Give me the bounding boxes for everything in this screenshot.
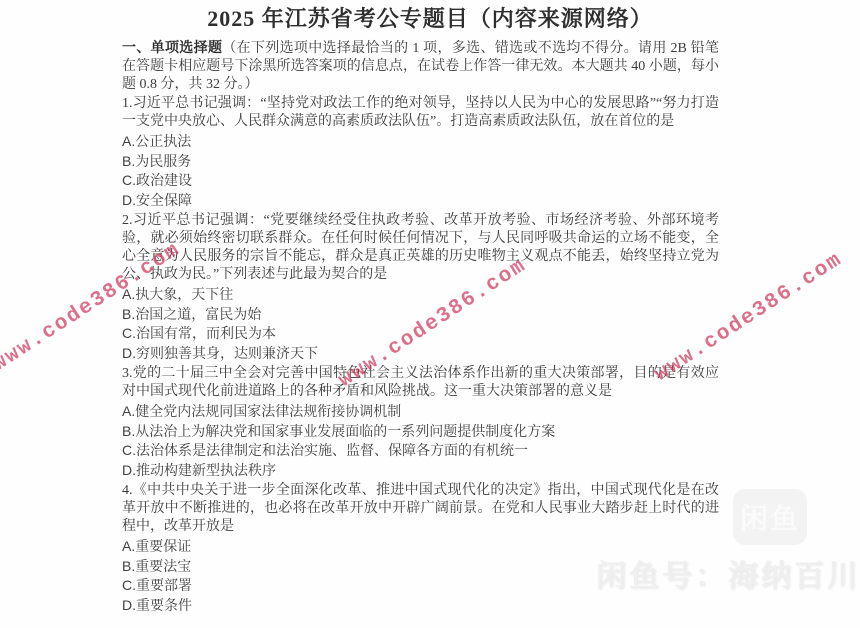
question-2-options: A.执大象，天下往 B.治国之道，富民为始 C.治国有常，而利民为本 D.穷则独… (122, 285, 719, 363)
question-4-option-a: A.重要保证 (122, 537, 719, 557)
question-1-option-d: D.安全保障 (122, 191, 719, 211)
xianyu-logo-badge: 闲鱼 (733, 489, 807, 545)
question-3-option-c: C.法治体系是法律制定和法治实施、监督、保障各方面的有机统一 (122, 441, 719, 461)
question-4-text: 4.《中共中央关于进一步全面深化改革、推进中国式现代化的决定》指出，中国式现代化… (122, 482, 719, 536)
question-1-number: 1. (122, 96, 133, 111)
question-3-option-a: A.健全党内法规同国家法律法规衔接协调机制 (122, 402, 719, 422)
document-title: 2025 年江苏省考公专题目（内容来源网络） (0, 2, 860, 33)
question-3-option-d: D.推动构建新型执法秩序 (122, 461, 719, 481)
section-heading: 一、单项选择题 (122, 41, 222, 56)
document-body: 一、单项选择题（在下列选项中选择最恰当的 1 项，多选、错选或不选均不得分。请用… (122, 40, 719, 617)
question-3-options: A.健全党内法规同国家法律法规衔接协调机制 B.从法治上为解决党和国家事业发展面… (122, 402, 719, 480)
question-2-option-d: D.穷则独善其身，达则兼济天下 (122, 344, 719, 364)
question-4-options: A.重要保证 B.重要法宝 C.重要部署 D.重要条件 (122, 537, 719, 615)
question-4-option-c: C.重要部署 (122, 576, 719, 596)
question-4-number: 4. (122, 483, 133, 498)
xianyu-logo-text: 闲鱼 (740, 497, 800, 537)
question-1-option-c: C.政治建设 (122, 171, 719, 191)
scanned-exam-page: 闲鱼 闲鱼号：海纳百川 2025 年江苏省考公专题目（内容来源网络） 一、单项选… (0, 0, 860, 628)
question-3-option-b: B.从法治上为解决党和国家事业发展面临的一系列问题提供制度化方案 (122, 422, 719, 442)
question-1-text: 1.习近平总书记强调：“坚持党对政法工作的绝对领导，坚持以人民为中心的发展思路”… (122, 95, 719, 131)
question-2-number: 2. (122, 213, 133, 228)
question-3-number: 3. (122, 366, 133, 381)
question-3-text: 3.党的二十届三中全会对完善中国特色社会主义法治体系作出新的重大决策部署，目的是… (122, 365, 719, 401)
question-4-option-b: B.重要法宝 (122, 557, 719, 577)
question-1-option-a: A.公正执法 (122, 132, 719, 152)
question-2-text: 2.习近平总书记强调：“党要继续经受住执政考验、改革开放考验、市场经济考验、外部… (122, 212, 719, 284)
section-instructions-paragraph: 一、单项选择题（在下列选项中选择最恰当的 1 项，多选、错选或不选均不得分。请用… (122, 40, 719, 94)
question-4-option-d: D.重要条件 (122, 596, 719, 616)
question-2-option-c: C.治国有常，而利民为本 (122, 324, 719, 344)
question-2-option-b: B.治国之道，富民为始 (122, 305, 719, 325)
question-2-option-a: A.执大象，天下往 (122, 285, 719, 305)
question-1-option-b: B.为民服务 (122, 152, 719, 172)
question-1-options: A.公正执法 B.为民服务 C.政治建设 D.安全保障 (122, 132, 719, 210)
